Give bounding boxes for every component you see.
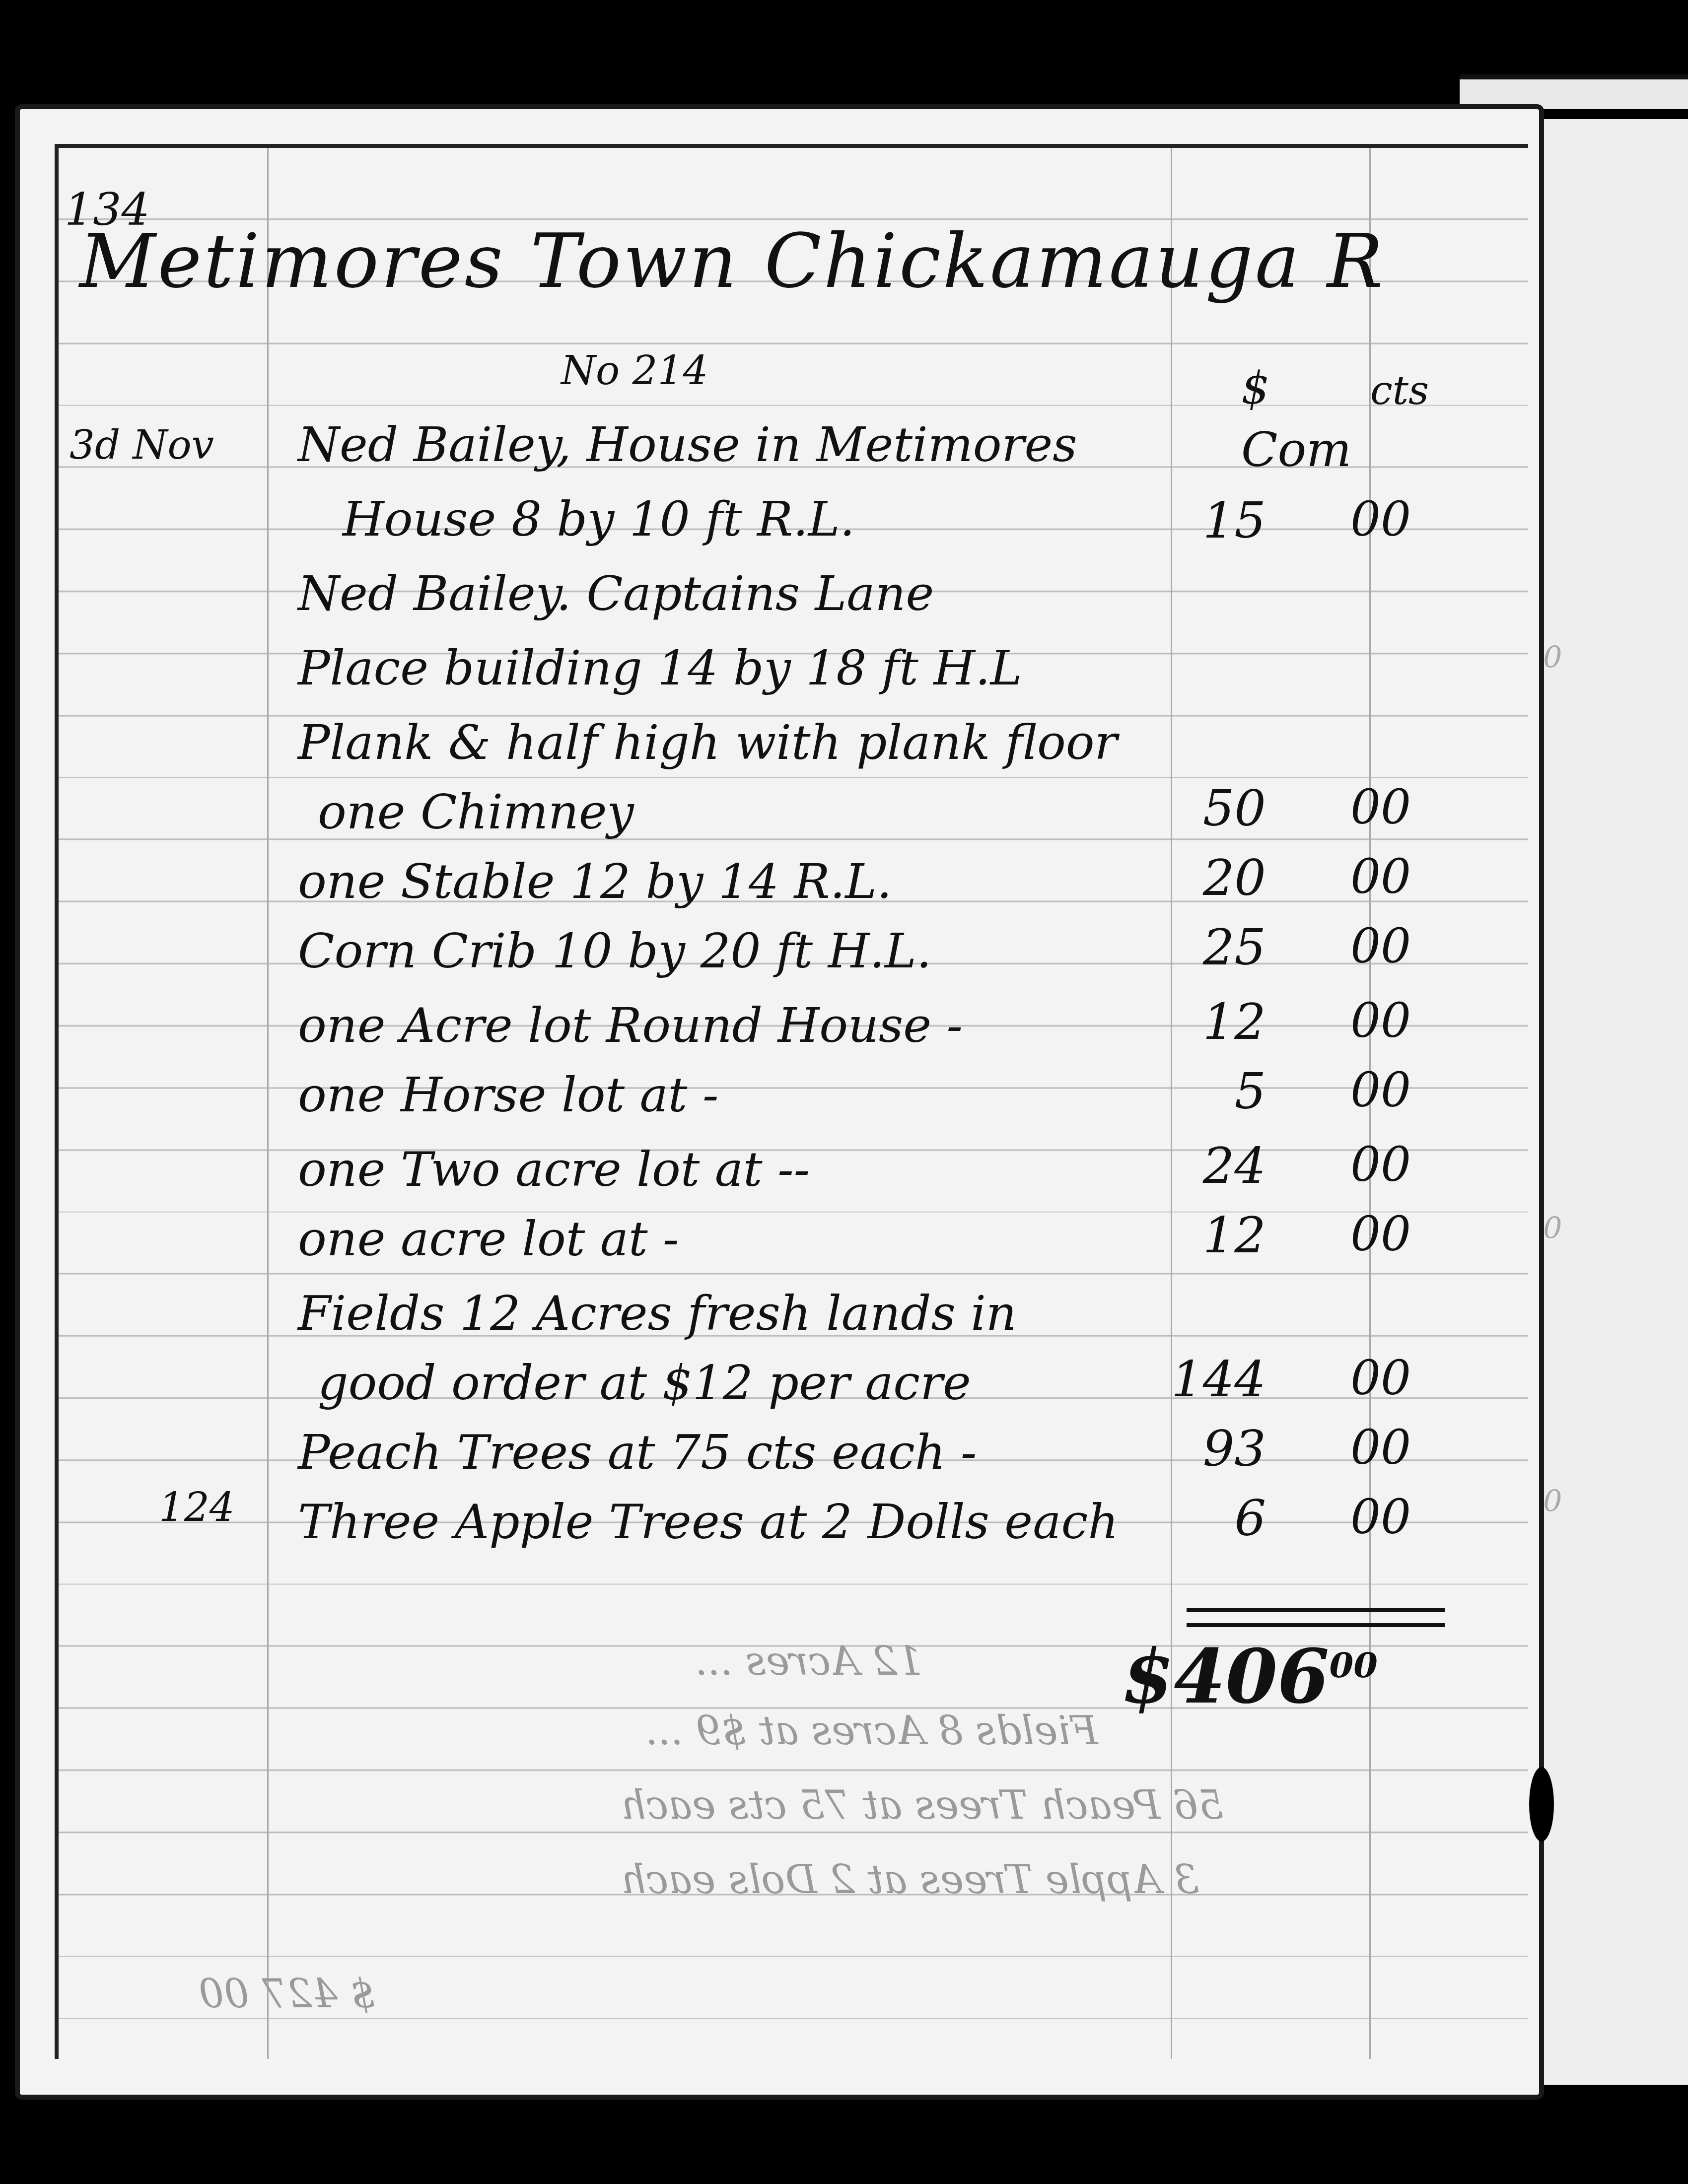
entry-cents: 00 <box>1350 1350 1411 1406</box>
entry-text: Plank & half high with plank floor <box>298 715 1117 770</box>
entry-cents: 00 <box>1350 1137 1411 1192</box>
entry-text: Ned Bailey. Captains Lane <box>298 566 934 621</box>
entry-date: 3d Nov <box>70 422 214 468</box>
reference-number: No 214 <box>561 347 708 394</box>
entry-margin-count: 124 <box>159 1484 235 1530</box>
entry-cents: 00 <box>1350 779 1411 835</box>
bleed-through-total: $ 427 00 <box>199 1971 375 2017</box>
total-amount: $406 <box>1122 1633 1329 1720</box>
entry-text: Peach Trees at 75 cts each - <box>298 1425 977 1480</box>
entry-cents: 00 <box>1350 918 1411 974</box>
entry-text: one Acre lot Round House - <box>298 998 963 1053</box>
entry-text: Corn Crib 10 by 20 ft H.L. <box>298 923 931 979</box>
margin-column-rule <box>267 148 269 2059</box>
entry-cents: 00 <box>1350 491 1411 547</box>
entry-dollars: 24 <box>1117 1137 1266 1195</box>
entry-dollars: 12 <box>1117 993 1266 1051</box>
entry-text: good order at $12 per acre <box>318 1355 971 1411</box>
page-title: Metimores Town Chickamauga R <box>79 218 1385 305</box>
cents-column-header: cts <box>1370 367 1429 413</box>
entry-dollars: 93 <box>1117 1420 1266 1478</box>
entry-dollars: 15 <box>1117 491 1266 549</box>
entry-dollars: 12 <box>1117 1206 1266 1264</box>
total-cents: 00 <box>1329 1644 1377 1686</box>
page-total: $40600 <box>1122 1633 1378 1720</box>
entry-dollars: 20 <box>1117 849 1266 907</box>
entry-dollars: 25 <box>1117 918 1266 976</box>
dollars-column-header: $ <box>1241 362 1269 414</box>
entry-cents: 00 <box>1350 1062 1411 1118</box>
entry-dollars: 50 <box>1117 779 1266 837</box>
entry-text: House 8 by 10 ft R.L. <box>343 491 855 547</box>
entry-text: one Two acre lot at -- <box>298 1142 810 1197</box>
entry-text: one Chimney <box>318 784 634 840</box>
entry-text: one Horse lot at - <box>298 1067 718 1123</box>
entry-dollars: 6 <box>1117 1489 1266 1547</box>
total-double-rule <box>1187 1623 1445 1627</box>
entry-cents: 00 <box>1350 1489 1411 1545</box>
entry-cents: 00 <box>1350 1206 1411 1262</box>
bleed-through-line: Fields 8 Acres at $9 ... <box>645 1707 1098 1754</box>
entry-text: Three Apple Trees at 2 Dolls each <box>298 1494 1119 1550</box>
entry-cents: 00 <box>1350 993 1411 1048</box>
entry-cents: 00 <box>1350 1420 1411 1475</box>
entry-text: one Stable 12 by 14 R.L. <box>298 854 892 909</box>
entry-text: one acre lot at - <box>298 1211 679 1267</box>
total-double-rule <box>1187 1608 1445 1612</box>
entry-text: Fields 12 Acres fresh lands in <box>298 1286 1017 1341</box>
entry-cents: Com <box>1241 422 1351 478</box>
entry-text: Ned Bailey, House in Metimores <box>298 417 1077 473</box>
entry-dollars: 5 <box>1117 1062 1266 1120</box>
bleed-through-line: 12 Acres ... <box>695 1638 922 1684</box>
bleed-through-line: 56 Peach Trees at 75 cts each <box>621 1782 1223 1828</box>
entry-cents: 00 <box>1350 849 1411 904</box>
bleed-through-line: 3 Apple Trees at 2 Dols each <box>621 1856 1199 1903</box>
ink-blot <box>1529 1767 1554 1842</box>
entry-text: Place building 14 by 18 ft H.L <box>298 640 1022 696</box>
entry-dollars: 144 <box>1117 1350 1266 1408</box>
